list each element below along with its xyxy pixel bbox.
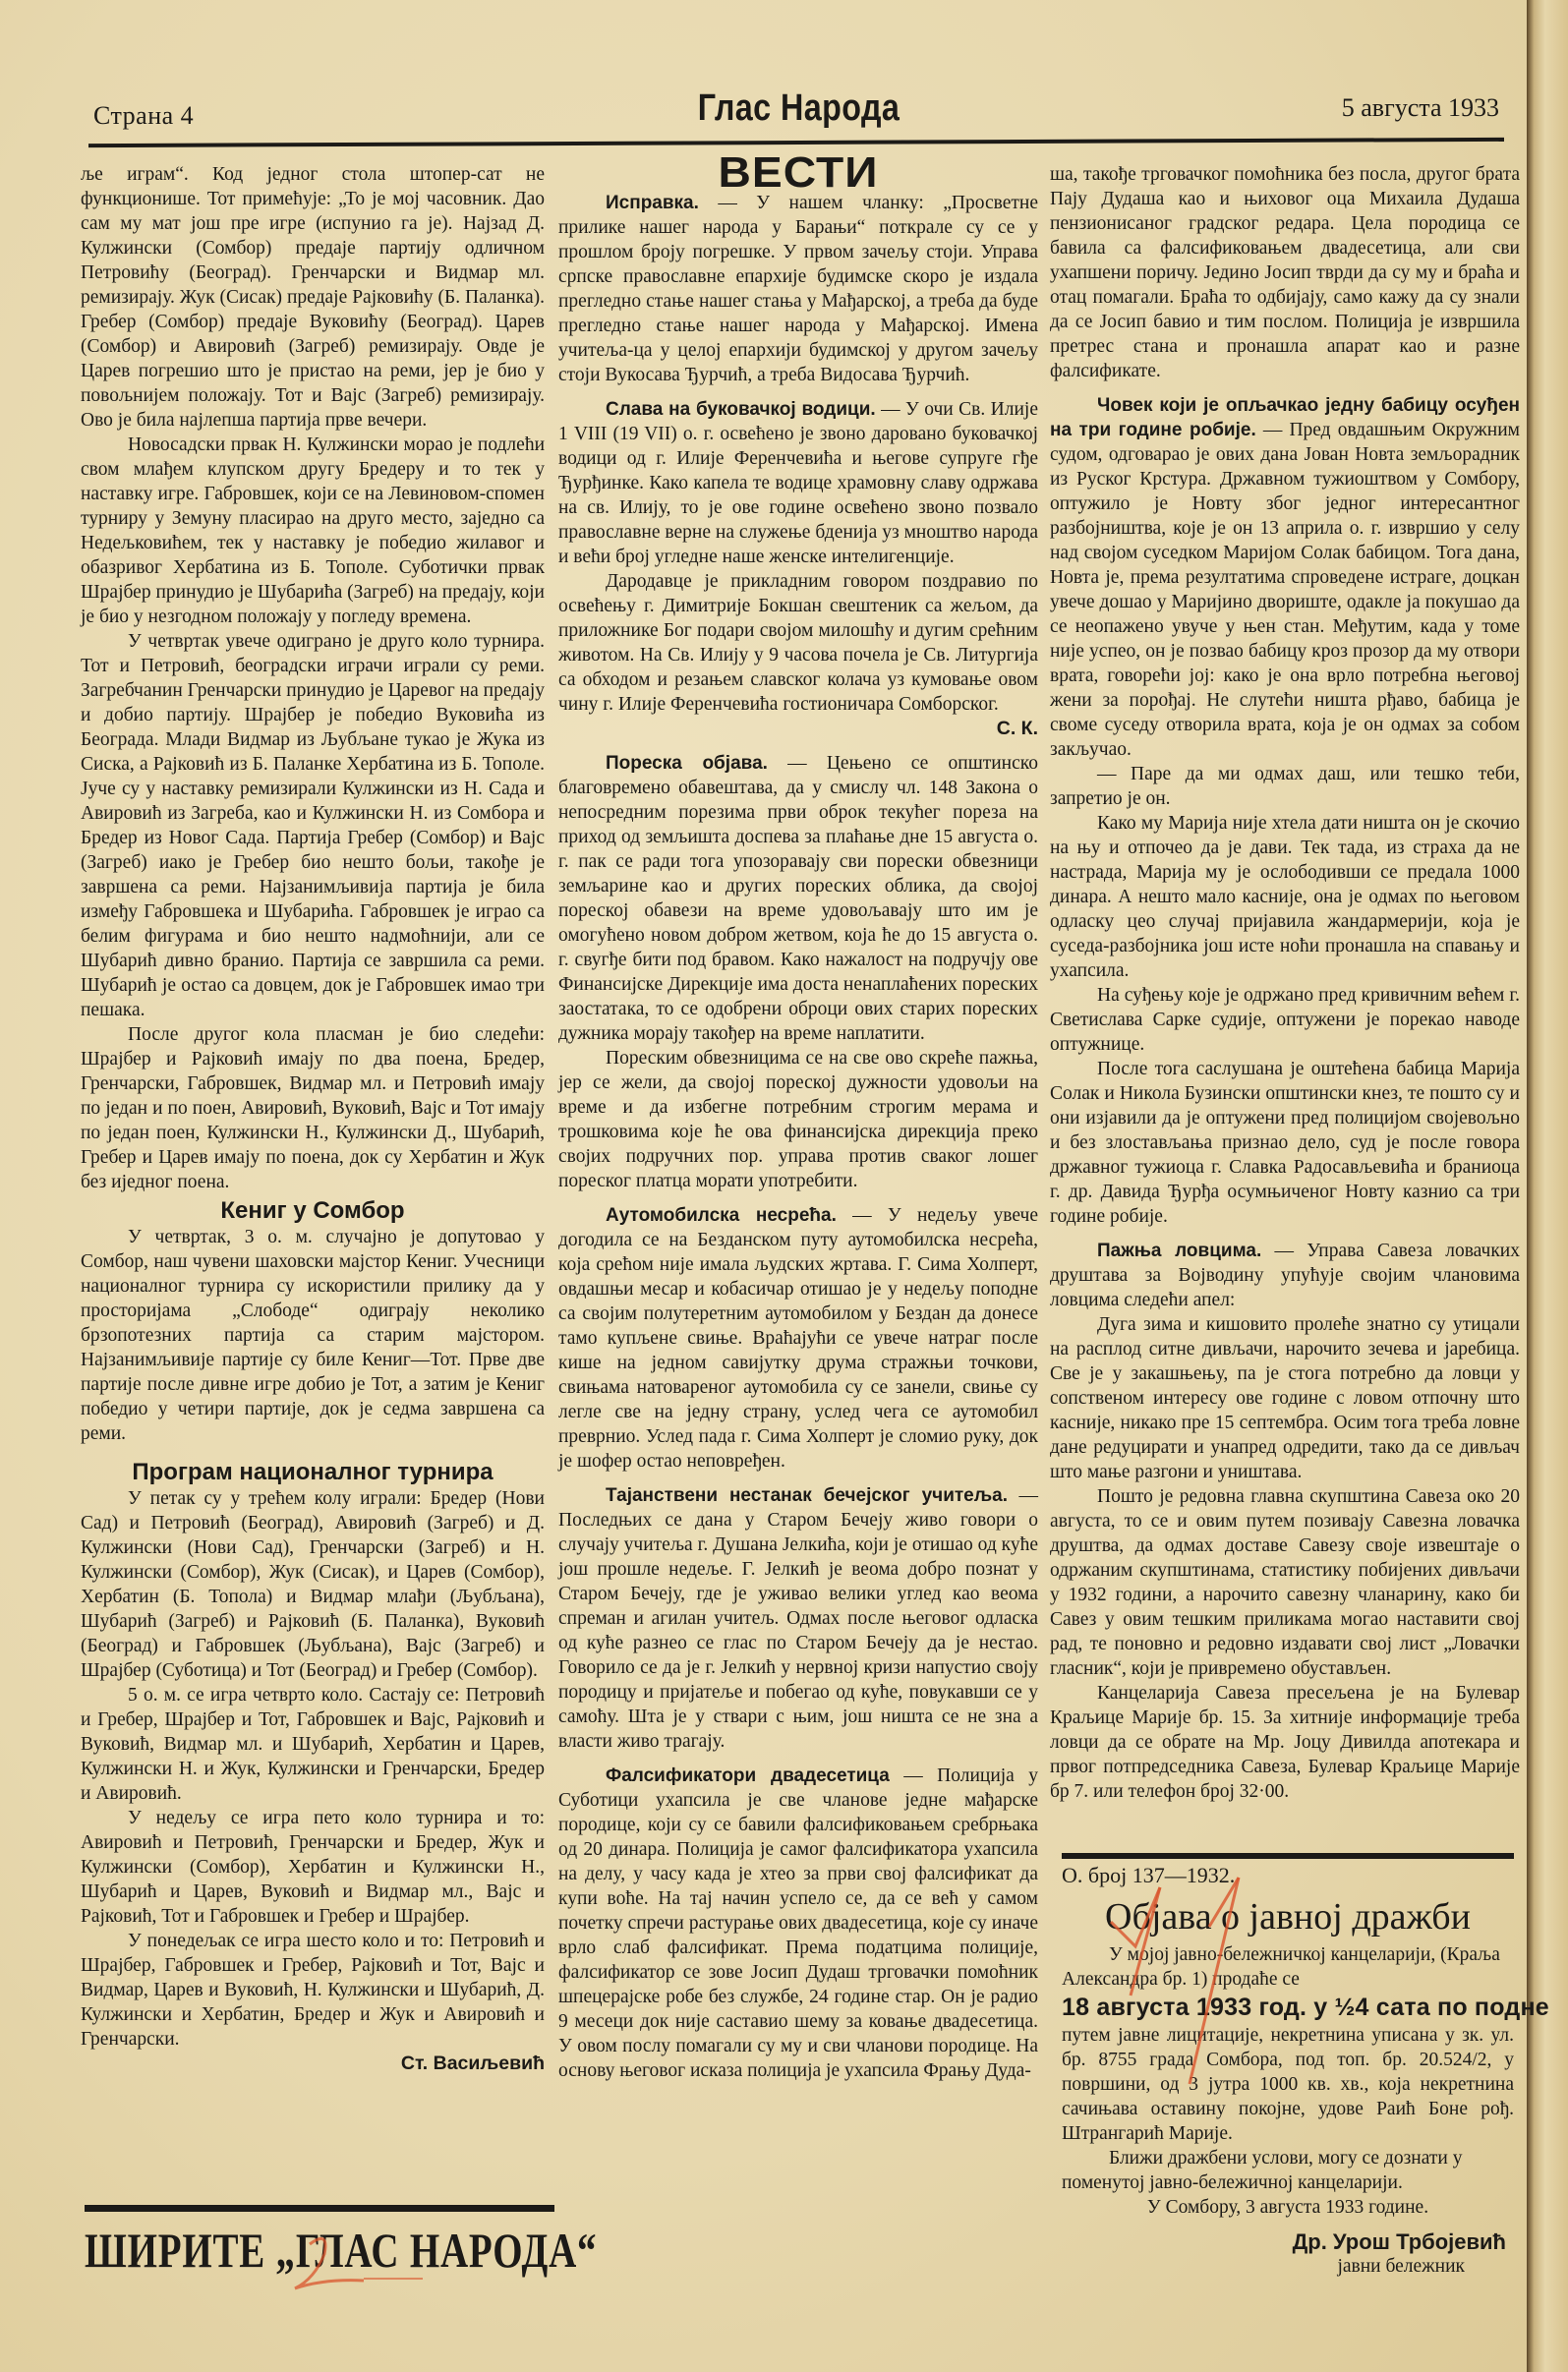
article-paragraph: У четвртак, 3 о. м. случајно је допутова… xyxy=(81,1225,545,1446)
page-number: Страна 4 xyxy=(93,101,194,131)
news-item-tax: Пореска објава. — Цењено се општинско бл… xyxy=(558,751,1038,1046)
news-item-lead: Тајанствени нестанак бечејског учитеља. xyxy=(606,1485,1008,1506)
news-item-hunters: Пажња ловцима. — Управа Савеза ловачких … xyxy=(1050,1239,1520,1312)
news-item-text: — У очи Св. Илије 1 VIII (19 VII) о. г. … xyxy=(558,399,1038,567)
notice-datetime: 18 августа 1933 год. у ½4 сата по подне xyxy=(1062,1992,1514,2023)
news-item-paragraph: Пореским обвезницима се на све ово скрећ… xyxy=(558,1046,1038,1193)
news-item-text: — Последњих се дана у Старом Бечеју живо… xyxy=(558,1485,1038,1752)
article-paragraph: Новосадски првак Н. Кулжински морао је п… xyxy=(81,433,545,629)
notice-signatory-role: јавни бележник xyxy=(1062,2254,1514,2279)
news-item-paragraph: После тога саслушана је оштећена бабица … xyxy=(1050,1057,1520,1229)
auction-notice: О. број 137—1932. Објава о јавној дражби… xyxy=(1062,1863,1514,2279)
news-item-text: — Пред овдашњим Окружним судом, одговара… xyxy=(1050,420,1520,760)
masthead: Глас Народа xyxy=(200,87,1399,130)
news-item-lead: Пореска објава. xyxy=(606,753,768,774)
news-item-paragraph: На суђењу које је одржано пред кривичним… xyxy=(1050,983,1520,1057)
news-item-paragraph: Како му Марија није хтела дати ништа он … xyxy=(1050,811,1520,983)
issue-date: 5 августа 1933 xyxy=(1342,93,1499,123)
notice-place-date: У Сомбору, 3 августа 1933 године. xyxy=(1062,2195,1514,2220)
promo-banner: ШИРИТЕ „ГЛАС НАРОДА“ xyxy=(85,2222,451,2279)
news-item-text: — У недељу увече догодила се на Бездан­с… xyxy=(558,1205,1038,1472)
page-header: Страна 4 Глас Народа 5 августа 1933 xyxy=(93,93,1504,152)
notice-signatory: Др. Урош Трбојевић xyxy=(1062,2229,1514,2254)
news-item-teacher: Тајанствени нестанак бечејског учитеља. … xyxy=(558,1483,1038,1754)
news-item-lead: Аутомобилска несрећа. xyxy=(606,1205,837,1226)
notice-intro: У мојој јавно-бележничкој канцеларији, (… xyxy=(1062,1942,1514,1992)
newspaper-page: Страна 4 Глас Народа 5 августа 1933 ље и… xyxy=(0,0,1568,2372)
column-news: ВЕСТИ Исправка. — У нашем чланку: „Просв… xyxy=(558,162,1038,2083)
news-item-paragraph: Дародавце је прикладним говором поздрави… xyxy=(558,569,1038,717)
section-heading-konig: Кениг у Сомбор xyxy=(81,1198,545,1223)
news-item-text: — Цењено се општинско благовремено обаве… xyxy=(558,753,1038,1044)
news-item-paragraph: Пошто је редовна главна скупштина Савеза… xyxy=(1050,1484,1520,1681)
notice-reference: О. број 137—1932. xyxy=(1062,1863,1514,1887)
notice-body: путем јавне лицитације, некретнина уписа… xyxy=(1062,2023,1514,2146)
article-paragraph: 5 о. м. се игра четврто коло. Састају се… xyxy=(81,1683,545,1806)
news-item-lead: Пажња ловцима. xyxy=(1097,1241,1261,1261)
article-continuation: ша, такође трговачког помоћника без посл… xyxy=(1050,162,1520,383)
news-item-lead: Фалсификатори двадесетица xyxy=(606,1765,890,1786)
article-paragraph: После другог кола пласман је био следећи… xyxy=(81,1022,545,1194)
promo-rule xyxy=(85,2205,554,2212)
notice-title: Објава о јавној дражби xyxy=(1062,1895,1514,1938)
news-item-counterfeiters: Фалсификатори двадесетица — Полиција у С… xyxy=(558,1764,1038,2083)
notice-rule xyxy=(1062,1853,1514,1859)
article-paragraph: У понедељак се игра шесто коло и то: Пет… xyxy=(81,1929,545,2052)
article-paragraph: У петак су у трећем колу играли: Бредер … xyxy=(81,1486,545,1683)
news-item-accident: Аутомобилска несрећа. — У недељу увече д… xyxy=(558,1203,1038,1474)
section-heading-program: Програм националног турнира xyxy=(81,1460,545,1484)
article-paragraph: У четвртак увече одиграно је друго коло … xyxy=(81,629,545,1022)
header-rule xyxy=(88,138,1504,147)
news-item-paragraph: Дуга зима и кишовито пролеће знатно су у… xyxy=(1050,1312,1520,1484)
section-title-news: ВЕСТИ xyxy=(547,160,1050,185)
column-chess-report: ље играм“. Код једног стола штопер-сат н… xyxy=(81,162,545,2076)
column-news-continued: ша, такође трговачког помоћника без посл… xyxy=(1050,162,1520,1804)
news-item-signature: С. К. xyxy=(558,717,1038,741)
news-item-lead: Слава на буковачкој водици. xyxy=(606,399,876,420)
author-signature: Ст. Васиљевић xyxy=(81,2052,545,2076)
article-paragraph: У недељу се игра пето коло турнира и то:… xyxy=(81,1806,545,1929)
news-item-slava: Слава на буковачкој водици. — У очи Св. … xyxy=(558,397,1038,569)
notice-conditions: Ближи дражбени услови, могу се дознати у… xyxy=(1062,2146,1514,2195)
news-item-paragraph: Канцеларија Савеза пресељена је на Булев… xyxy=(1050,1681,1520,1804)
news-item-text: — Полиција у Суботици ухапсила је све чл… xyxy=(558,1765,1038,2081)
news-item-correction: Исправка. — У нашем чланку: „Просветне п… xyxy=(558,191,1038,387)
news-item-text: — У нашем чланку: „Просветне прилике наш… xyxy=(558,193,1038,385)
article-paragraph: ље играм“. Код једног стола штопер-сат н… xyxy=(81,162,545,433)
news-item-robbery: Човек који је опљачкао једну бабицу осуђ… xyxy=(1050,393,1520,762)
news-item-lead: Исправка. xyxy=(606,193,699,213)
news-item-paragraph: — Паре да ми одмах даш, или тешко теби, … xyxy=(1050,762,1520,811)
